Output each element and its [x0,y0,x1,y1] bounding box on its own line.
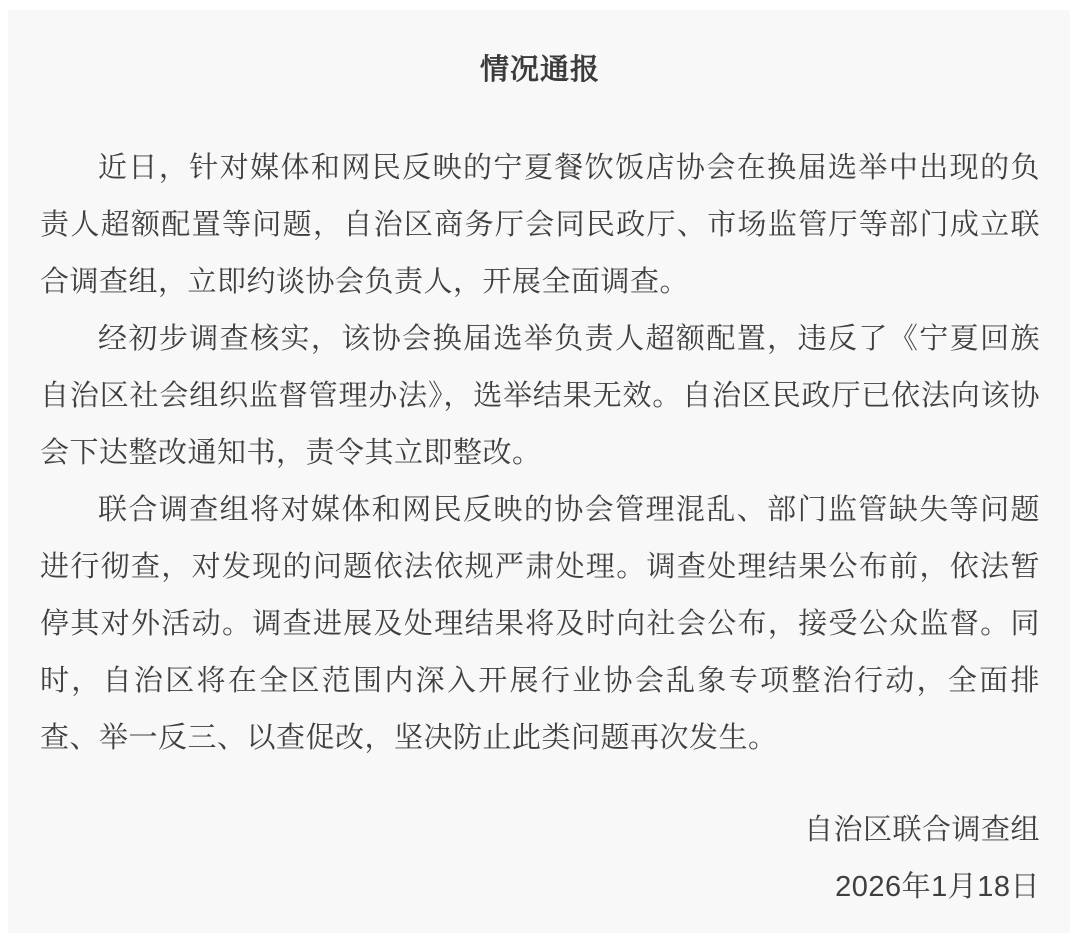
notice-paragraph: 经初步调查核实，该协会换届选举负责人超额配置，违反了《宁夏回族自治区社会组织监督… [40,311,1040,482]
notice-content: 情况通报 近日，针对媒体和网民反映的宁夏餐饮饭店协会在换届选举中出现的负责人超额… [8,10,1070,916]
notice-paragraph: 近日，针对媒体和网民反映的宁夏餐饮饭店协会在换届选举中出现的负责人超额配置等问题… [40,140,1040,311]
notice-title: 情况通报 [40,10,1040,85]
notice-signature: 自治区联合调查组 2026年1月18日 [40,802,1040,916]
signature-organization: 自治区联合调查组 [40,802,1040,859]
signature-date: 2026年1月18日 [40,859,1040,916]
notice-card: 情况通报 近日，针对媒体和网民反映的宁夏餐饮饭店协会在换届选举中出现的负责人超额… [8,10,1070,933]
notice-body: 近日，针对媒体和网民反映的宁夏餐饮饭店协会在换届选举中出现的负责人超额配置等问题… [40,140,1040,767]
notice-page: 情况通报 近日，针对媒体和网民反映的宁夏餐饮饭店协会在换届选举中出现的负责人超额… [0,0,1080,951]
notice-paragraph: 联合调查组将对媒体和网民反映的协会管理混乱、部门监管缺失等问题进行彻查，对发现的… [40,482,1040,767]
